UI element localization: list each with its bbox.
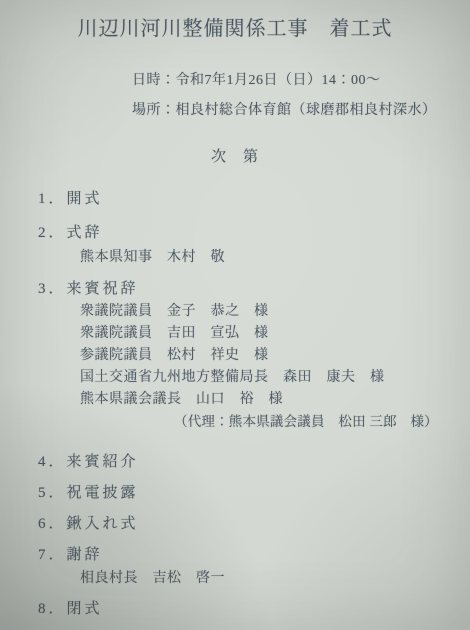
ceremony-program-document: 川辺川河川整備関係工事 着工式 日時：令和7年1月26日（日）14：00～ 場所…: [0, 0, 470, 630]
agenda-item-label: 4．来賓紹介: [38, 451, 470, 473]
datetime-line: 日時：令和7年1月26日（日）14：00～: [132, 66, 470, 96]
agenda-item-guest-speeches: 3．来賓祝辞 衆議院議員 金子 恭之 様 衆議院議員 吉田 宣弘 様 参議院議員…: [38, 278, 470, 433]
person-line: 参議院議員 松村 祥史 様: [80, 345, 470, 367]
agenda-item-label: 8．閉式: [38, 598, 470, 620]
agenda-item-label: 1．開式: [38, 188, 470, 210]
agenda-item-groundbreaking: 6．鍬入れ式: [38, 513, 470, 535]
agenda-item-people: 衆議院議員 金子 恭之 様 衆議院議員 吉田 宣弘 様 参議院議員 松村 祥史 …: [80, 301, 470, 433]
document-content: 川辺川河川整備関係工事 着工式 日時：令和7年1月26日（日）14：00～ 場所…: [0, 0, 470, 620]
agenda-item-label: 5．祝電披露: [38, 482, 470, 504]
person-line: 相良村長 吉松 啓一: [80, 568, 470, 590]
proxy-note-line: （代理：熊本県議会議員 松田 三郎 様）: [174, 411, 470, 433]
agenda-item-closing: 8．閉式: [38, 598, 470, 620]
agenda-item-people: 相良村長 吉松 啓一: [80, 568, 470, 590]
agenda-item-label: 6．鍬入れ式: [38, 513, 470, 535]
person-line: 熊本県議会議長 山口 裕 様: [80, 389, 470, 411]
agenda-item-congratulatory-telegrams: 5．祝電披露: [38, 482, 470, 504]
agenda-item-address: 2．式辞 熊本県知事 木村 敬: [38, 222, 470, 269]
person-line: 国土交通省九州地方整備局長 森田 康夫 様: [80, 367, 470, 389]
person-line: 熊本県知事 木村 敬: [80, 247, 470, 269]
agenda-item-thanks: 7．謝辞 相良村長 吉松 啓一: [38, 544, 470, 590]
agenda-list: 1．開式 2．式辞 熊本県知事 木村 敬 3．来賓祝辞 衆議院議員 金子 恭之 …: [38, 188, 470, 620]
agenda-item-label: 7．謝辞: [38, 544, 470, 566]
agenda-heading: 次 第: [0, 146, 470, 168]
person-line: 衆議院議員 金子 恭之 様: [80, 301, 470, 323]
person-line: 衆議院議員 吉田 宣弘 様: [80, 323, 470, 345]
agenda-item-label: 3．来賓祝辞: [38, 278, 470, 300]
document-title: 川辺川河川整備関係工事 着工式: [0, 0, 470, 42]
location-line: 場所：相良村総合体育館（球磨郡相良村深水）: [132, 96, 470, 126]
agenda-item-guest-introductions: 4．来賓紹介: [38, 451, 470, 473]
agenda-item-people: 熊本県知事 木村 敬: [80, 247, 470, 269]
agenda-item-opening: 1．開式: [38, 188, 470, 210]
agenda-item-label: 2．式辞: [38, 222, 470, 244]
meta-block: 日時：令和7年1月26日（日）14：00～ 場所：相良村総合体育館（球磨郡相良村…: [132, 66, 470, 126]
